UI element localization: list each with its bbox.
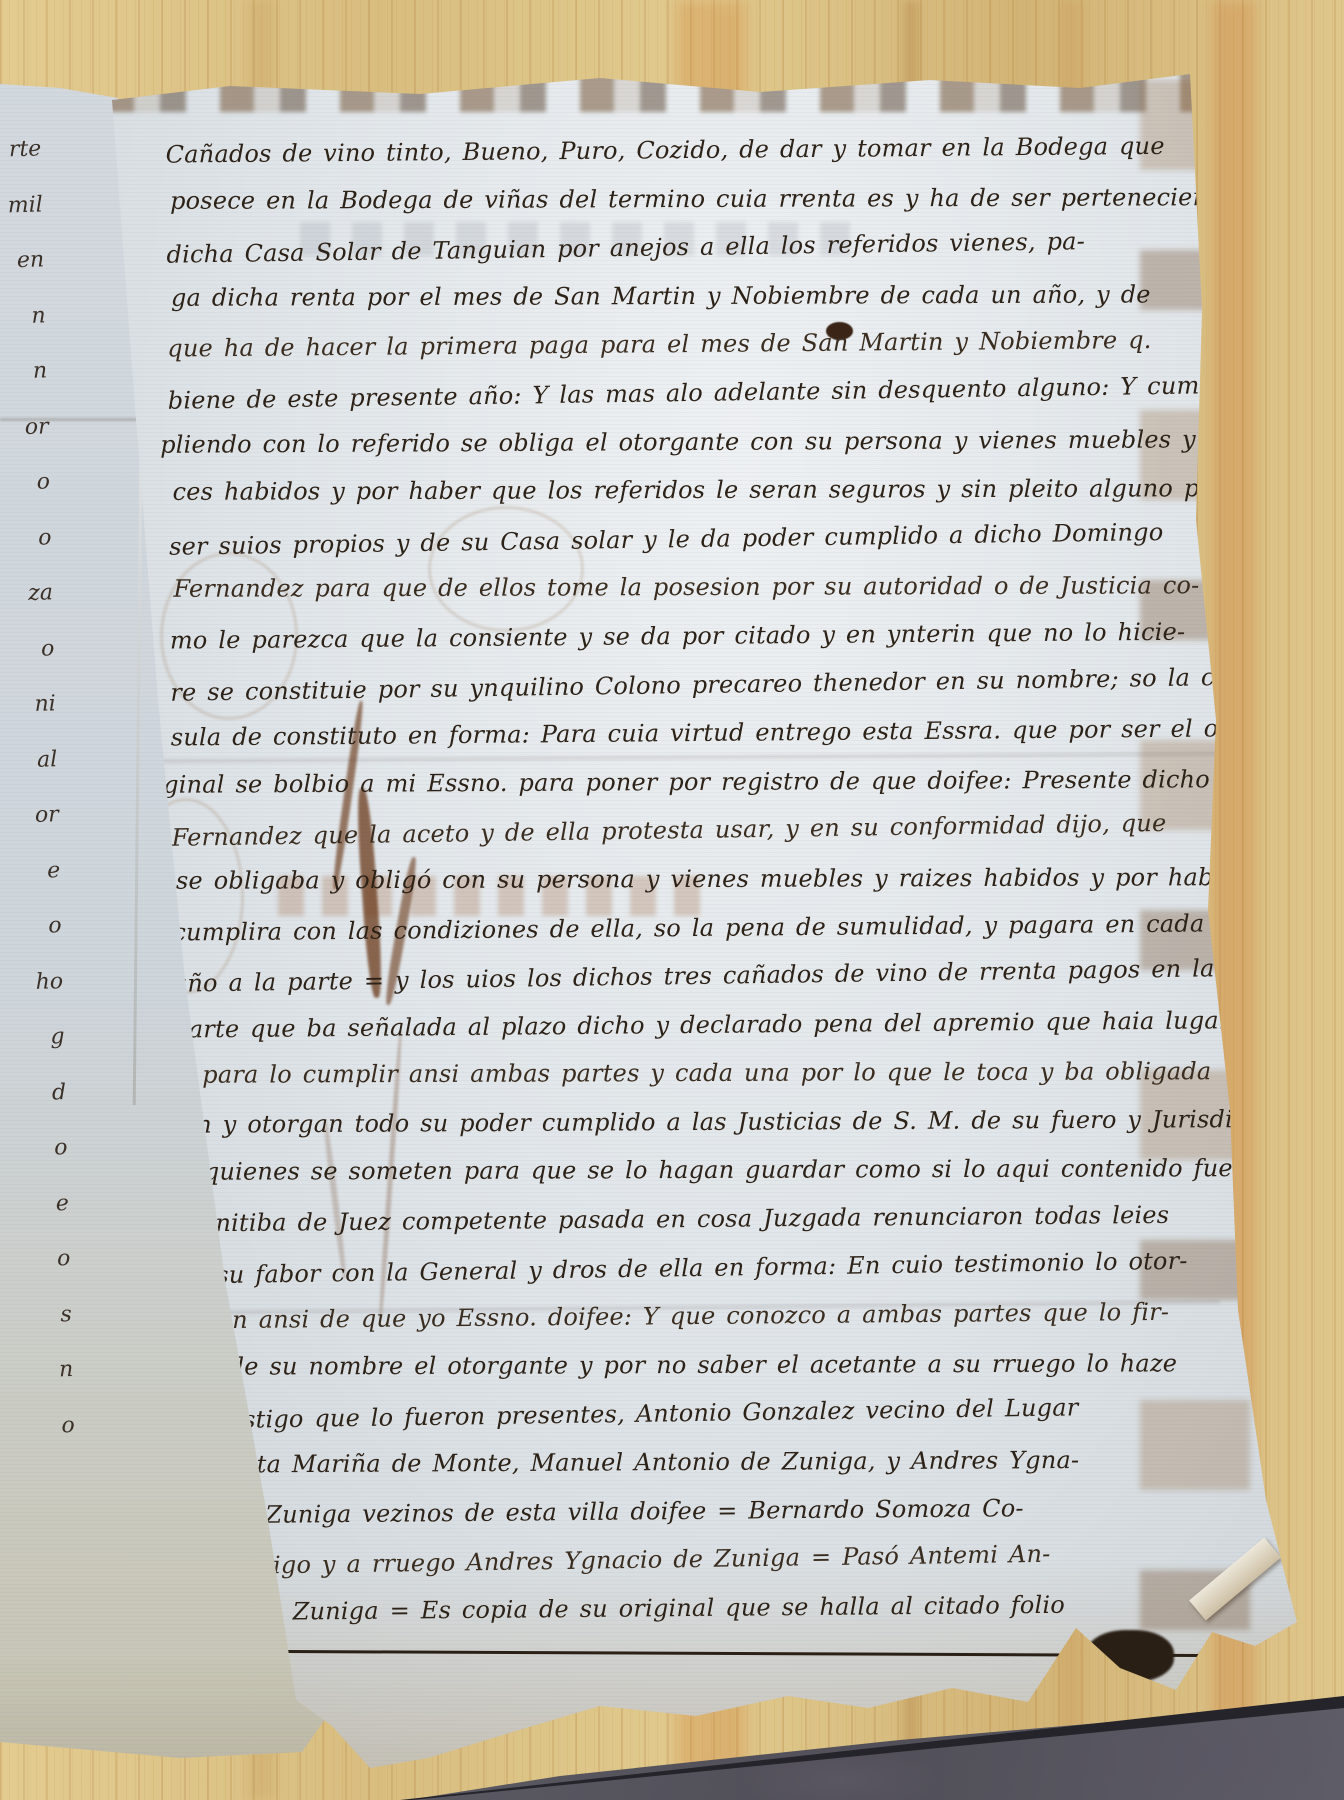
left-page-line-ending: al xyxy=(0,732,58,789)
left-page-line-ending: n xyxy=(0,288,46,345)
left-page-line-ending: d xyxy=(7,1065,66,1122)
left-page-line-ending: o xyxy=(0,621,55,678)
left-page-line-ending: za xyxy=(0,565,54,622)
manuscript-text: Cañados de vino tinto, Bueno, Puro, Cozi… xyxy=(165,121,1218,1636)
text-line: dan y otorgan todo su poder cumplido a l… xyxy=(166,1095,1206,1149)
text-line: a quienes se someten para que se lo haga… xyxy=(178,1145,1218,1197)
left-page-line-ending: e xyxy=(1,843,60,900)
left-page-line-ending: o xyxy=(3,898,62,955)
left-page-line-ending: o xyxy=(9,1120,68,1177)
left-page-line-ending: ni xyxy=(0,676,57,733)
left-page-line-ending: or xyxy=(0,787,59,844)
left-page-line-ending: rte xyxy=(0,121,42,178)
text-line: pliendo con lo referido se obliga el oto… xyxy=(160,415,1200,469)
left-page-line-ending: o xyxy=(16,1398,75,1455)
text-line: y para lo cumplir ansi ambas partes y ca… xyxy=(178,1047,1218,1099)
left-page-line-ending: o xyxy=(12,1231,71,1288)
left-page-line-ending: o xyxy=(0,510,52,567)
left-page-line-ending: mil xyxy=(0,177,43,234)
text-line: de Santa Mariña de Monte, Manuel Antonio… xyxy=(169,1435,1209,1489)
text-line: se obligaba y obligó con su persona y vi… xyxy=(176,853,1216,905)
torn-hole xyxy=(1086,1630,1174,1682)
text-line: Fernandez para que de ellos tome la pose… xyxy=(173,562,1213,614)
photo-of-manuscript: rtemilennnoroozaonialoreohogdoeosno Caña… xyxy=(0,0,1344,1800)
left-page-line-ending: s xyxy=(13,1287,72,1344)
left-page-line-ending: n xyxy=(0,343,48,400)
text-line: ga dicha renta por el mes de San Martin … xyxy=(171,270,1211,322)
left-page-line-ending: or xyxy=(0,399,49,456)
left-page-line-ending: en xyxy=(0,232,45,289)
left-page-line-endings: rtemilennnoroozaonialoreohogdoeosno xyxy=(0,121,75,1454)
left-page-line-ending: g xyxy=(6,1009,65,1066)
left-page-line-ending: e xyxy=(10,1176,69,1233)
text-line: Cañados de vino tinto, Bueno, Puro, Cozi… xyxy=(165,121,1205,179)
left-page-line-ending: o xyxy=(0,454,51,511)
left-page-line-ending: n xyxy=(15,1342,74,1399)
left-page-line-ending: ho xyxy=(4,954,63,1011)
